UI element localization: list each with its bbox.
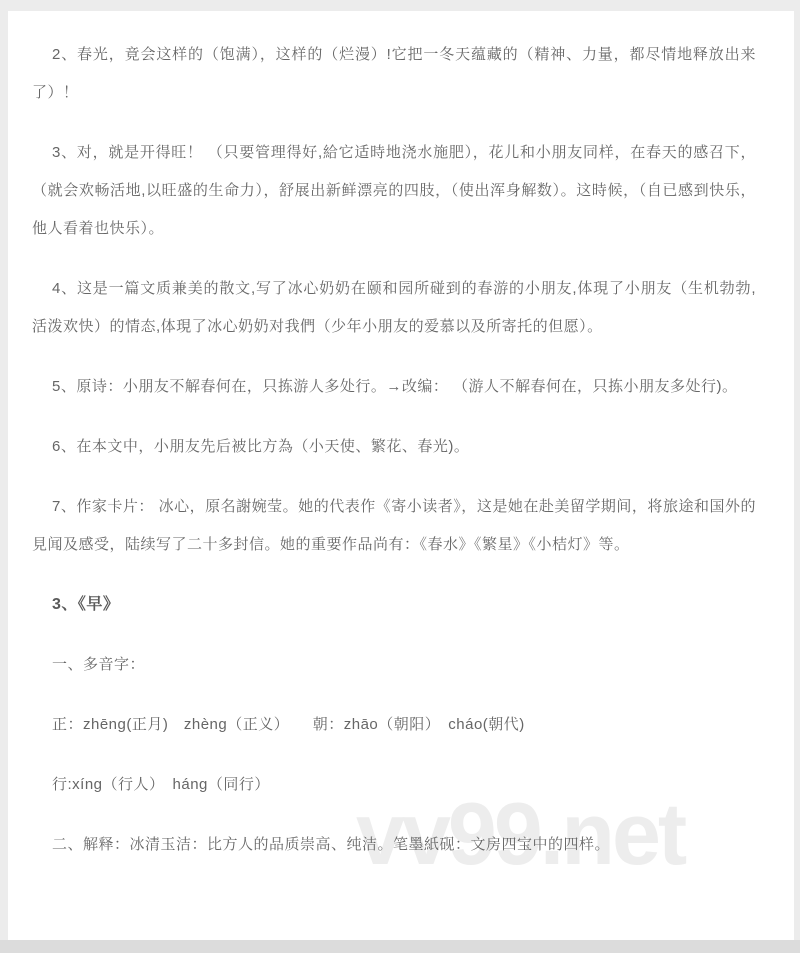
- paragraph: 行:xíng（行人） háng（同行）: [32, 766, 756, 804]
- paragraph: 7、作家卡片： 冰心，原名謝婉莹。她的代表作《寄小读者》，这是她在赴美留学期间，…: [32, 488, 756, 564]
- document-body: 2、春光，竟会这样的（饱满），这样的（烂漫）!它把一冬天蕴藏的（精神、力量，都尽…: [8, 11, 794, 864]
- paragraph: 二、解释：冰清玉洁：比方人的品质崇高、纯洁。笔墨紙砚：文房四宝中的四样。: [32, 826, 756, 864]
- paragraph: 5、原诗：小朋友不解春何在，只拣游人多处行。→改编： （游人不解春何在，只拣小朋…: [32, 368, 756, 406]
- section-heading: 3、《早》: [32, 586, 756, 624]
- paragraph: 6、在本文中，小朋友先后被比方為（小天使、繁花、春光)。: [32, 428, 756, 466]
- paragraph: 3、对，就是开得旺！ （只要管理得好,給它适時地浇水施肥），花儿和小朋友同样，在…: [32, 134, 756, 248]
- page-bottom-edge: [0, 940, 800, 953]
- paragraph: 4、这是一篇文质兼美的散文,写了冰心奶奶在颐和园所碰到的春游的小朋友,体現了小朋…: [32, 270, 756, 346]
- document-page: vv99.net 2、春光，竟会这样的（饱满），这样的（烂漫）!它把一冬天蕴藏的…: [8, 11, 794, 941]
- paragraph: 一、多音字：: [32, 646, 756, 684]
- paragraph: 正：zhēng(正月) zhèng（正义） 朝：zhāo（朝阳） cháo(朝代…: [32, 706, 756, 744]
- document-viewport: { "page": { "watermark": "vv99.net", "co…: [0, 0, 800, 953]
- paragraph: 2、春光，竟会这样的（饱满），这样的（烂漫）!它把一冬天蕴藏的（精神、力量，都尽…: [32, 36, 756, 112]
